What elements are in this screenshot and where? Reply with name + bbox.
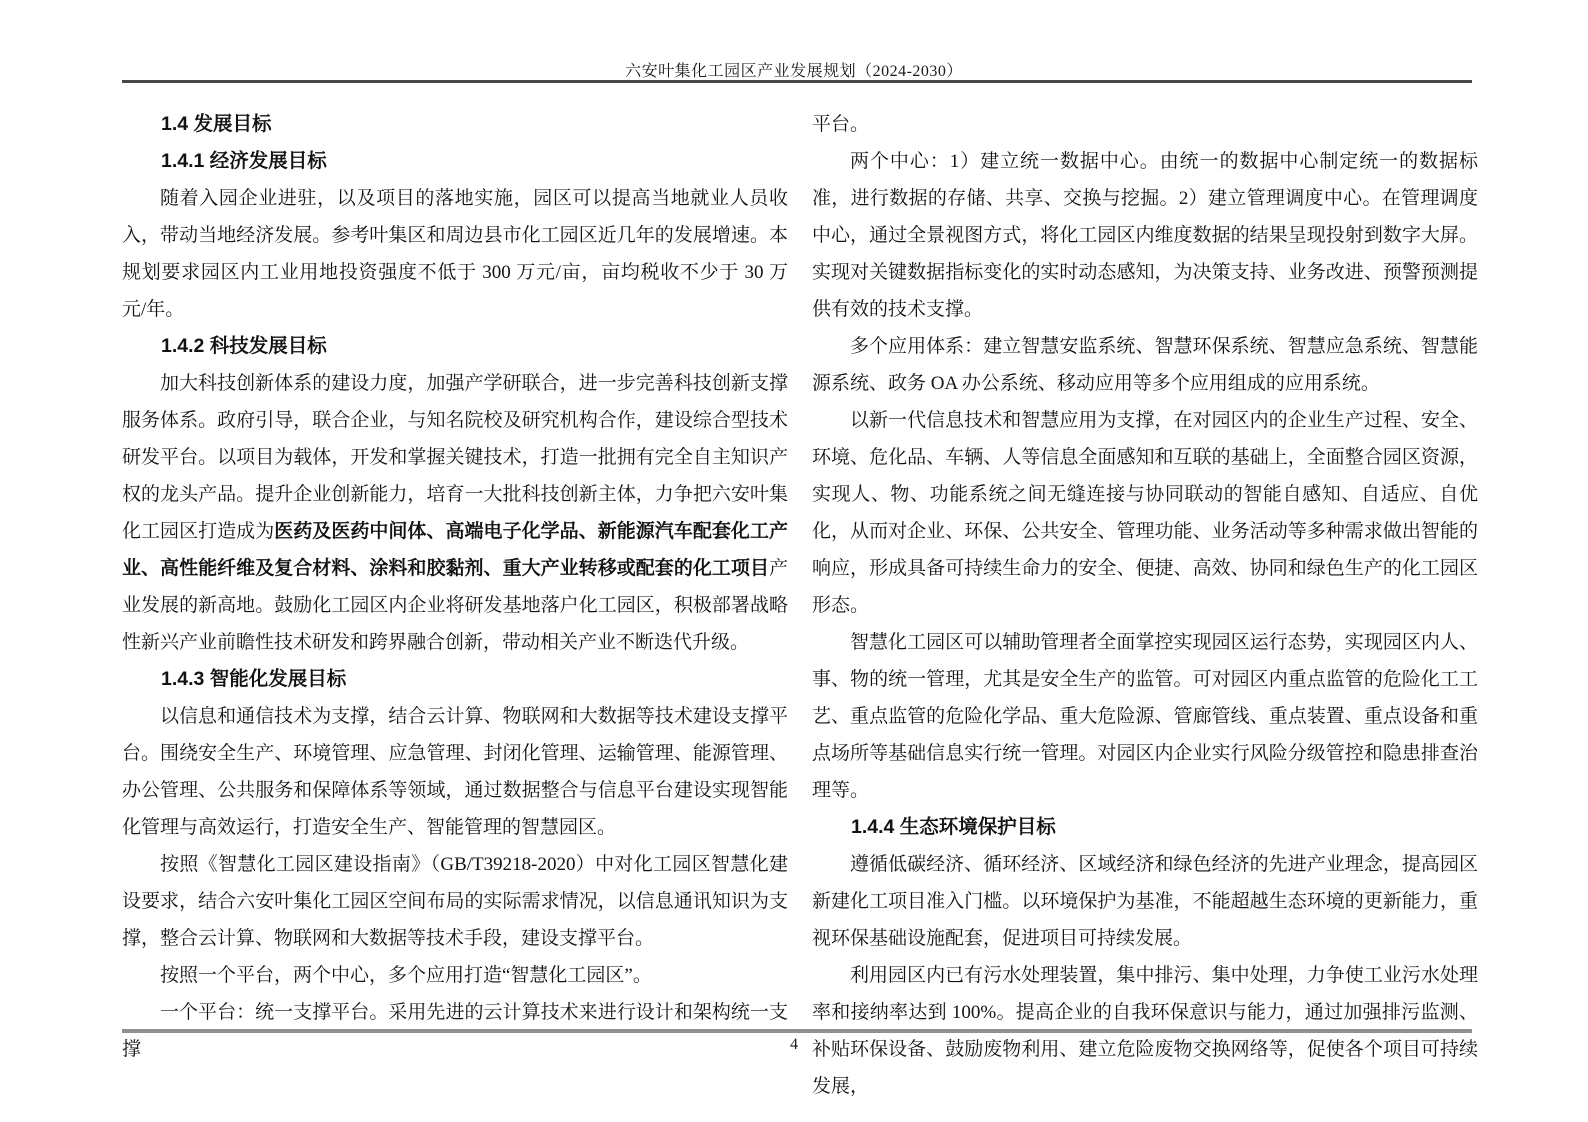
paragraph: 以新一代信息技术和智慧应用为支撑，在对园区内的企业生产过程、安全、环境、危化品、… bbox=[812, 402, 1478, 624]
paragraph: 按照《智慧化工园区建设指南》（GB/T39218-2020）中对化工园区智慧化建… bbox=[122, 846, 788, 957]
page-number: 4 bbox=[0, 1036, 1588, 1054]
section-heading: 1.4 发展目标 bbox=[122, 106, 788, 143]
page-body: 1.4 发展目标1.4.1 经济发展目标随着入园企业进驻，以及项目的落地实施，园… bbox=[122, 106, 1478, 1105]
footer-rule bbox=[122, 1029, 1472, 1033]
paragraph: 多个应用体系：建立智慧安监系统、智慧环保系统、智慧应急系统、智慧能源系统、政务 … bbox=[812, 328, 1478, 402]
paragraph: 平台。 bbox=[812, 106, 1478, 143]
header-rule bbox=[122, 80, 1472, 83]
text-run: 按照一个平台，两个中心，多个应用打造“智慧化工园区”。 bbox=[160, 965, 652, 986]
paragraph: 随着入园企业进驻，以及项目的落地实施，园区可以提高当地就业人员收入，带动当地经济… bbox=[122, 180, 788, 328]
text-run: 平台。 bbox=[812, 114, 869, 135]
document-page: 六安叶集化工园区产业发展规划（2024-2030） 1.4 发展目标1.4.1 … bbox=[0, 0, 1588, 1122]
text-run: 以信息和通信技术为支撑，结合云计算、物联网和大数据等技术建设支撑平台。围绕安全生… bbox=[122, 706, 788, 838]
paragraph: 按照一个平台，两个中心，多个应用打造“智慧化工园区”。 bbox=[122, 957, 788, 994]
paragraph: 以信息和通信技术为支撑，结合云计算、物联网和大数据等技术建设支撑平台。围绕安全生… bbox=[122, 698, 788, 846]
text-run: 按照《智慧化工园区建设指南》（GB/T39218-2020）中对化工园区智慧化建… bbox=[122, 854, 788, 949]
paragraph: 遵循低碳经济、循环经济、区域经济和绿色经济的先进产业理念，提高园区新建化工项目准… bbox=[812, 846, 1478, 957]
section-heading: 1.4.2 科技发展目标 bbox=[122, 328, 788, 365]
header-title: 六安叶集化工园区产业发展规划（2024-2030） bbox=[0, 58, 1588, 81]
text-run: 智慧化工园区可以辅助管理者全面掌控实现园区运行态势，实现园区内人、事、物的统一管… bbox=[812, 632, 1478, 801]
paragraph: 两个中心：1）建立统一数据中心。由统一的数据中心制定统一的数据标准，进行数据的存… bbox=[812, 143, 1478, 328]
paragraph: 智慧化工园区可以辅助管理者全面掌控实现园区运行态势，实现园区内人、事、物的统一管… bbox=[812, 624, 1478, 809]
right-column: 平台。两个中心：1）建立统一数据中心。由统一的数据中心制定统一的数据标准，进行数… bbox=[812, 106, 1478, 1105]
paragraph: 加大科技创新体系的建设力度，加强产学研联合，进一步完善科技创新支撑服务体系。政府… bbox=[122, 365, 788, 661]
section-heading: 1.4.1 经济发展目标 bbox=[122, 143, 788, 180]
text-run: 以新一代信息技术和智慧应用为支撑，在对园区内的企业生产过程、安全、环境、危化品、… bbox=[812, 410, 1478, 616]
text-run: 加大科技创新体系的建设力度，加强产学研联合，进一步完善科技创新支撑服务体系。政府… bbox=[122, 373, 788, 542]
text-run: 随着入园企业进驻，以及项目的落地实施，园区可以提高当地就业人员收入，带动当地经济… bbox=[122, 188, 788, 320]
text-run: 遵循低碳经济、循环经济、区域经济和绿色经济的先进产业理念，提高园区新建化工项目准… bbox=[812, 854, 1478, 949]
text-run: 多个应用体系：建立智慧安监系统、智慧环保系统、智慧应急系统、智慧能源系统、政务 … bbox=[812, 336, 1478, 394]
text-run: 两个中心：1）建立统一数据中心。由统一的数据中心制定统一的数据标准，进行数据的存… bbox=[812, 151, 1478, 320]
section-heading: 1.4.4 生态环境保护目标 bbox=[812, 809, 1478, 846]
section-heading: 1.4.3 智能化发展目标 bbox=[122, 661, 788, 698]
left-column: 1.4 发展目标1.4.1 经济发展目标随着入园企业进驻，以及项目的落地实施，园… bbox=[122, 106, 788, 1105]
